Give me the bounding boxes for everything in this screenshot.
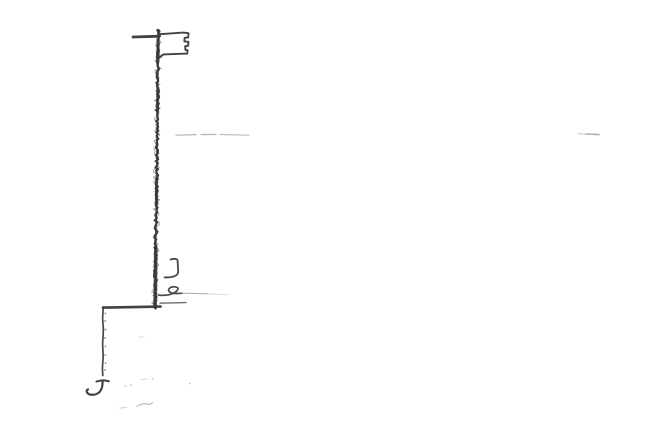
left-baseline-ticks [104, 369, 106, 371]
scanned-chromatogram-page [0, 0, 650, 435]
trace-clump-4 [155, 248, 156, 307]
left-baseline-ticks [104, 354, 106, 356]
bottom-specks [189, 383, 191, 385]
left-baseline-ticks [105, 313, 107, 315]
bottom-specks [125, 385, 127, 387]
tick-under-loop [160, 303, 186, 304]
hook-peak [165, 259, 179, 278]
speck-squiggle [137, 403, 153, 407]
trace-canvas [0, 0, 650, 435]
clipped-peak-outline [160, 33, 189, 58]
event-dash-3 [220, 135, 249, 136]
event-dash-1 [176, 135, 196, 136]
far-right-dash-a [578, 134, 585, 135]
left-baseline [102, 308, 103, 376]
trace-top-tip [157, 29, 161, 33]
bottom-specks [152, 378, 154, 380]
left-baseline-ticks [104, 320, 106, 322]
speck-dash-3 [139, 337, 144, 338]
left-baseline-ticks [105, 362, 107, 364]
speck-dash-2 [120, 407, 127, 408]
pen-hook-stem [87, 381, 103, 395]
bottom-specks [130, 384, 132, 386]
left-baseline-ticks [105, 329, 107, 331]
left-baseline-ticks [105, 346, 107, 348]
baseline-step-bar [103, 307, 161, 308]
far-right-dash-b [586, 134, 599, 135]
left-baseline-ticks [104, 337, 106, 339]
speck-dash-1 [141, 379, 147, 380]
top-left-bar [133, 36, 160, 37]
loop-tail-2 [208, 294, 228, 295]
loop-tail-1 [182, 293, 208, 294]
loop-mark [159, 287, 183, 296]
